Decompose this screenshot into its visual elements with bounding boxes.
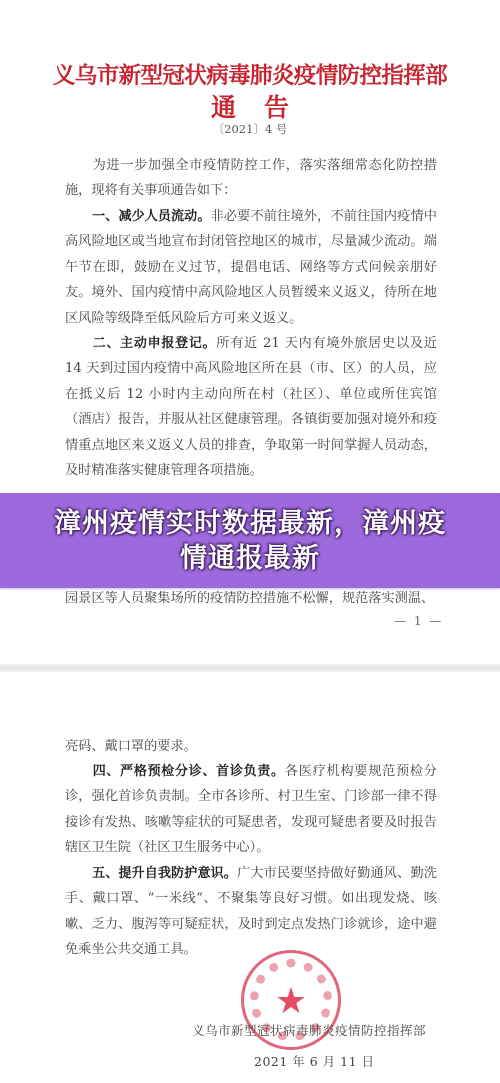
intro-text: 为进一步加强全市疫情防控工作，落实落细常态化防控措施，现将有关事项通告如下： (65, 158, 437, 198)
section-2-body: 所有近 21 天内有境外旅居史以及近 14 天到过国内疫情中高风险地区所在县（市… (65, 336, 437, 478)
section-5-heading: 五、提升自我防护意识。 (92, 866, 237, 881)
document-subtitle: 通告 (0, 88, 500, 124)
partial-paragraph: 园景区等人员聚集场所的疫情防控措施不松懈，规范落实测温、 (65, 586, 437, 611)
section-4-heading: 四、严格预检分诊、首诊负责。 (92, 764, 285, 779)
section-4-paragraph: 四、严格预检分诊、首诊负责。各医疗机构要规范预检分诊，强化首诊负责制。全市各诊所… (65, 759, 437, 861)
section-2-paragraph: 二、主动申报登记。所有近 21 天内有境外旅居史以及近 14 天到过国内疫情中高… (65, 331, 437, 483)
section-5-paragraph: 五、提升自我防护意识。广大市民要坚持做好勤通风、勤洗手、戴口罩、“一米线”、不聚… (65, 861, 437, 963)
signature-org: 义乌市新型冠状病毒肺炎疫情防控指挥部 (192, 1021, 426, 1039)
page-divider (0, 664, 500, 672)
intro-paragraph: 为进一步加强全市疫情防控工作，落实落细常态化防控措施，现将有关事项通告如下： (65, 153, 437, 204)
signature-date: 2021 年 6 月 11 日 (254, 1052, 375, 1070)
page-number: — 1 — (394, 614, 443, 628)
partial-line-text: 园景区等人员聚集场所的疫情防控措施不松懈，规范落实测温、 (65, 591, 434, 606)
section-1-paragraph: 一、减少人员流动。非必要不前往境外，不前往国内疫情中高风险地区或当地宣布封闭管控… (65, 204, 437, 331)
document-number: 〔2021〕4 号 (0, 121, 500, 137)
document-org-title: 义乌市新型冠状病毒肺炎疫情防控指挥部 (0, 58, 500, 90)
star-icon: ★ (275, 984, 307, 1020)
banner-headline: 漳州疫情实时数据最新，漳州疫情通报最新 (50, 506, 450, 576)
section-1-body: 非必要不前往境外，不前往国内疫情中高风险地区或当地宣布封闭管控地区的城市，尽量减… (65, 209, 437, 326)
headline-banner: 漳州疫情实时数据最新，漳州疫情通报最新 (0, 493, 500, 588)
continuation-paragraph: 亮码、戴口罩的要求。 (65, 734, 437, 759)
continuation-text: 亮码、戴口罩的要求。 (65, 739, 197, 754)
section-1-heading: 一、减少人员流动。 (92, 209, 210, 224)
section-2-heading: 二、主动申报登记。 (92, 336, 216, 351)
